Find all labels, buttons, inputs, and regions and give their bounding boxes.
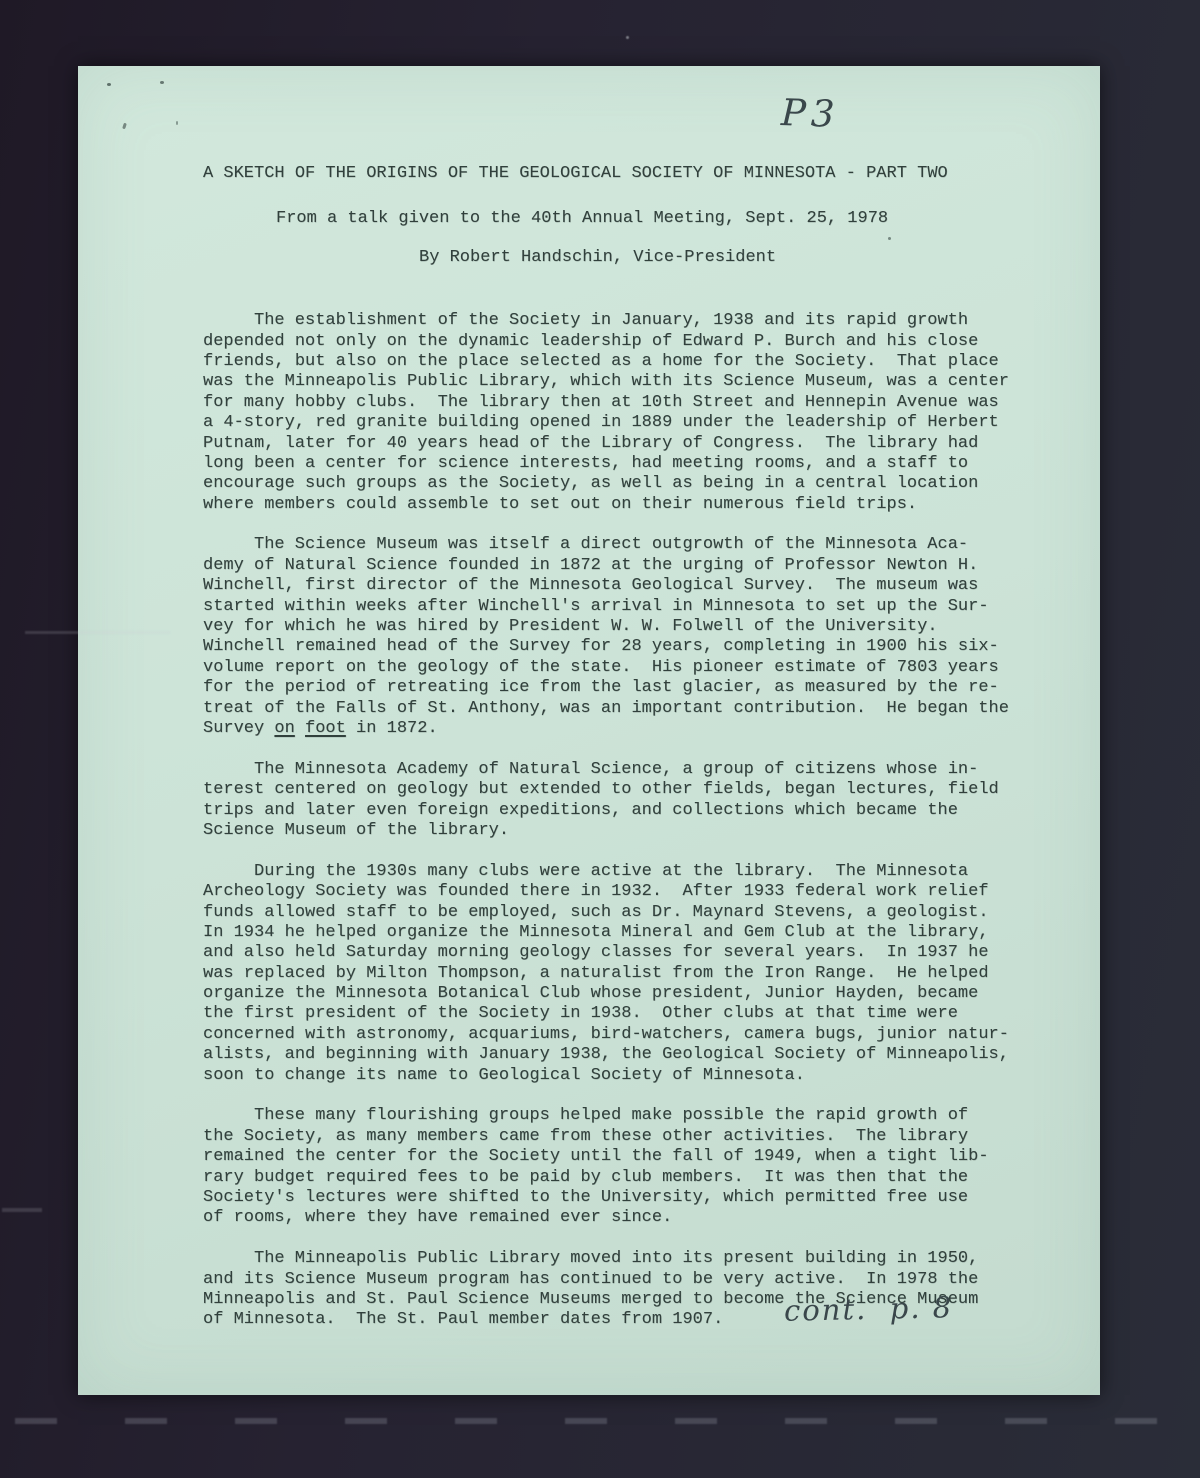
ink-speck bbox=[107, 83, 111, 86]
typed-line: The Minneapolis Public Library moved int… bbox=[203, 1249, 1048, 1269]
typed-line: remained the center for the Society unti… bbox=[203, 1147, 1048, 1167]
film-edge-marks bbox=[15, 1418, 1195, 1424]
typed-line: demy of Natural Science founded in 1872 … bbox=[203, 556, 1048, 576]
scanner-artifact bbox=[2, 1208, 42, 1212]
paragraph: The Minnesota Academy of Natural Science… bbox=[203, 760, 1048, 842]
typed-line: Archeology Society was founded there in … bbox=[203, 882, 1048, 902]
typed-line: terest centered on geology but extended … bbox=[203, 780, 1048, 800]
typed-line: encourage such groups as the Society, as… bbox=[203, 474, 1048, 494]
paragraph: These many flourishing groups helped mak… bbox=[203, 1106, 1048, 1228]
ink-speck bbox=[176, 121, 178, 125]
text-segment: in 1872. bbox=[346, 719, 438, 738]
typed-line: the Society, as many members came from t… bbox=[203, 1127, 1048, 1147]
typed-line: Winchell, first director of the Minnesot… bbox=[203, 576, 1048, 596]
typed-line: for the period of retreating ice from th… bbox=[203, 678, 1048, 698]
typed-line: funds allowed staff to be employed, such… bbox=[203, 903, 1048, 923]
typed-line: for many hobby clubs. The library then a… bbox=[203, 393, 1048, 413]
typed-line: treat of the Falls of St. Anthony, was a… bbox=[203, 699, 1048, 719]
document-page: P3 A SKETCH OF THE ORIGINS OF THE GEOLOG… bbox=[78, 66, 1100, 1395]
typed-text-block: A SKETCH OF THE ORIGINS OF THE GEOLOGICA… bbox=[203, 164, 1048, 1351]
typed-line: a 4-story, red granite building opened i… bbox=[203, 413, 1048, 433]
typed-line: long been a center for science interests… bbox=[203, 454, 1048, 474]
ink-speck bbox=[888, 237, 891, 240]
typed-line: Science Museum of the library. bbox=[203, 821, 1048, 841]
handwritten-continuation-note: cont. p. 8 bbox=[784, 1290, 954, 1328]
scanner-artifact bbox=[25, 631, 170, 634]
text-segment bbox=[295, 719, 305, 738]
typed-line: started within weeks after Winchell's ar… bbox=[203, 597, 1048, 617]
paragraph: During the 1930s many clubs were active … bbox=[203, 862, 1048, 1086]
typed-line: The establishment of the Society in Janu… bbox=[203, 311, 1048, 331]
text-segment: Survey bbox=[203, 719, 274, 738]
typed-line: trips and later even foreign expeditions… bbox=[203, 801, 1048, 821]
typed-line: friends, but also on the place selected … bbox=[203, 352, 1048, 372]
typed-line: where members could assemble to set out … bbox=[203, 495, 1048, 515]
typed-line: vey for which he was hired by President … bbox=[203, 617, 1048, 637]
ink-speck bbox=[160, 81, 164, 84]
typed-line: was replaced by Milton Thompson, a natur… bbox=[203, 964, 1048, 984]
document-title: A SKETCH OF THE ORIGINS OF THE GEOLOGICA… bbox=[203, 164, 1048, 184]
underlined-text: on bbox=[274, 719, 294, 738]
typed-line: depended not only on the dynamic leaders… bbox=[203, 332, 1048, 352]
typed-line: In 1934 he helped organize the Minnesota… bbox=[203, 923, 1048, 943]
typed-line: organize the Minnesota Botanical Club wh… bbox=[203, 984, 1048, 1004]
paragraph: The Science Museum was itself a direct o… bbox=[203, 535, 1048, 739]
typed-line: Winchell remained head of the Survey for… bbox=[203, 637, 1048, 657]
typed-line: rary budget required fees to be paid by … bbox=[203, 1168, 1048, 1188]
typed-line: During the 1930s many clubs were active … bbox=[203, 862, 1048, 882]
typed-line: These many flourishing groups helped mak… bbox=[203, 1106, 1048, 1126]
typed-line: and its Science Museum program has conti… bbox=[203, 1270, 1048, 1290]
typed-line: and also held Saturday morning geology c… bbox=[203, 943, 1048, 963]
dust-speck bbox=[626, 36, 629, 39]
body-paragraphs: The establishment of the Society in Janu… bbox=[203, 311, 1048, 1331]
typed-line: Survey on foot in 1872. bbox=[203, 719, 1048, 739]
ink-speck bbox=[122, 123, 127, 130]
typed-line: Putnam, later for 40 years head of the L… bbox=[203, 434, 1048, 454]
typed-line: Society's lectures were shifted to the U… bbox=[203, 1188, 1048, 1208]
typed-line: the first president of the Society in 19… bbox=[203, 1004, 1048, 1024]
handwritten-page-number: P3 bbox=[780, 91, 840, 136]
typed-line: soon to change its name to Geological So… bbox=[203, 1066, 1048, 1086]
typed-line: of rooms, where they have remained ever … bbox=[203, 1208, 1048, 1228]
paragraph: The establishment of the Society in Janu… bbox=[203, 311, 1048, 515]
document-byline: By Robert Handschin, Vice-President bbox=[419, 248, 1048, 268]
typed-line: volume report on the geology of the stat… bbox=[203, 658, 1048, 678]
underlined-text: foot bbox=[305, 719, 346, 738]
typed-line: was the Minneapolis Public Library, whic… bbox=[203, 372, 1048, 392]
typed-line: alists, and beginning with January 1938,… bbox=[203, 1045, 1048, 1065]
document-subtitle: From a talk given to the 40th Annual Mee… bbox=[276, 209, 1048, 229]
typed-line: concerned with astronomy, acquariums, bi… bbox=[203, 1025, 1048, 1045]
typed-line: The Minnesota Academy of Natural Science… bbox=[203, 760, 1048, 780]
typed-line: The Science Museum was itself a direct o… bbox=[203, 535, 1048, 555]
